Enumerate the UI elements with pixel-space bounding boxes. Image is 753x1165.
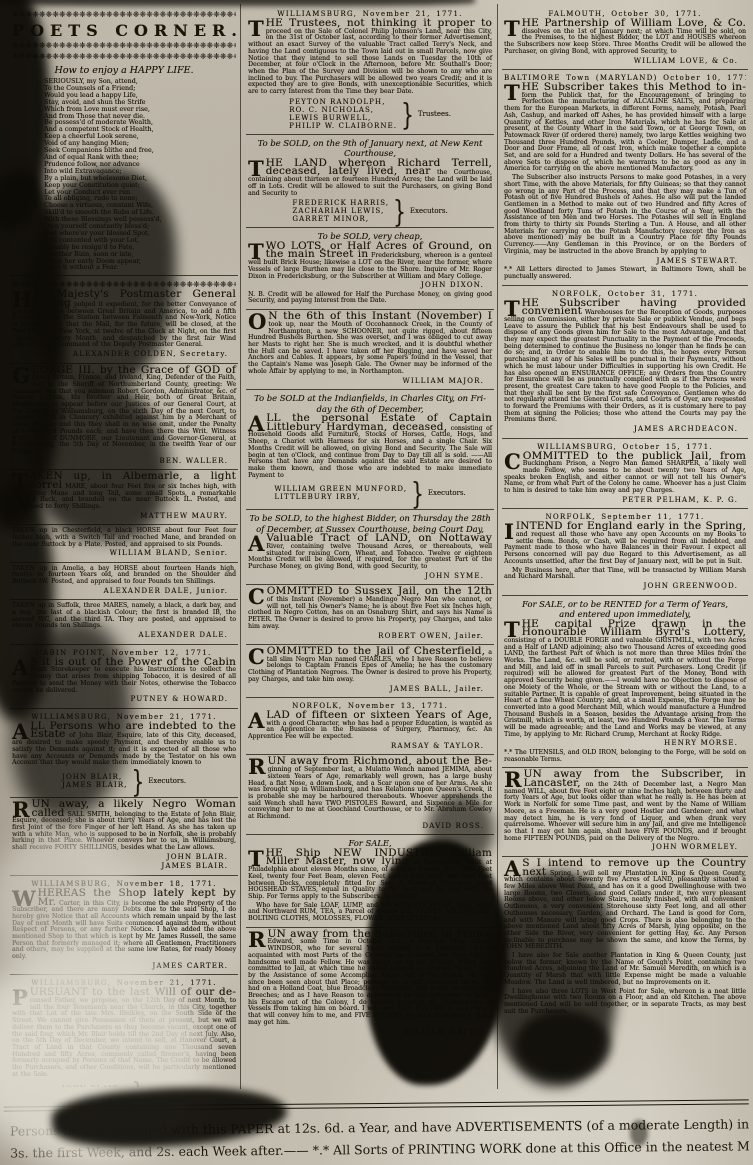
signature: JOHN WORMELEY. xyxy=(504,843,746,852)
column-rule xyxy=(497,4,498,1089)
cabin-point-notice: CABIN POINT, November 12, 1771.AS it is … xyxy=(10,644,238,708)
article-body: HIS Majesty's Postmaster General having … xyxy=(12,291,236,349)
article-body: TWO LOTS, or Half Acres of Ground, on th… xyxy=(248,243,492,281)
article-heading: To be SOLD, on the 9th of January next, … xyxy=(248,139,492,149)
article-body: ALL Persons who are indebted to the Esta… xyxy=(12,723,236,767)
ornament-border: ❈❈❈❈❈❈❈❈❈❈❈❈❈❈❈❈❈❈❈❈❈❈❈❈❈❈❈❈❈❈❈❈❈❈❈❈❈❈ xyxy=(12,280,236,290)
article-body: RUN away from Richmond, about the Be- gi… xyxy=(248,758,492,820)
ship-new-industry-sale: For SALE,THE Ship NEW INDUSTRY, William … xyxy=(246,834,494,927)
ornament-border: ❈❈❈❈❈❈❈❈❈❈❈❈❈❈❈❈❈❈❈❈❈❈❈❈❈❈❈❈❈❈❈❈❈❈❈❈❈❈ xyxy=(12,10,236,20)
taken-up-mares: TAKEN up in Suffolk, three MARES, namely… xyxy=(10,599,238,643)
signature-block: PEYTON RANDOLPH,RO. C. NICHOLAS,LEWIS BU… xyxy=(248,98,492,130)
signer-names: FREDERICK HARRIS,ZACHARIAH LEWIS,GARRET … xyxy=(292,199,389,223)
article-text: ginning of September last, a Mulatto Wen… xyxy=(248,766,492,820)
brace-glyph: } xyxy=(411,475,424,511)
drop-cap: O xyxy=(248,313,268,330)
signature: ALEXANDER COLDEN, Secretary. xyxy=(12,350,236,359)
signature: JOHN BLAIR. xyxy=(12,853,236,862)
signature-block: FREDERICK HARRIS,ZACHARIAH LEWIS,GARRET … xyxy=(248,199,492,223)
article-body: PURSUANT to the last Will of our de- cea… xyxy=(12,989,236,1078)
article-body: ON the 6th of this Instant (November) I … xyxy=(248,313,492,375)
committed-sussex-jail: COMMITTED to Sussex Jail, on the 12th of… xyxy=(246,584,494,644)
section-title: POETS CORNER. xyxy=(12,21,236,40)
column-right: FALMOUTH, October 30, 1771.THE Partnersh… xyxy=(502,6,748,1087)
drop-cap: C xyxy=(248,648,267,665)
new-kent-land-sale: To be SOLD, on the 9th of January next, … xyxy=(246,134,494,228)
drop-cap: R xyxy=(504,771,523,788)
love-partnership: FALMOUTH, October 30, 1771.THE Partnersh… xyxy=(502,6,748,69)
article-body: THE LAND whereon Richard Terrell, deceas… xyxy=(248,160,492,198)
greenwood-england: NORFOLK, September 11, 1771.IINTEND for … xyxy=(502,508,748,594)
signer-names: JOHN BLAIR,JAMES BLAIR, xyxy=(62,1085,127,1087)
runaway-windsor: RUN away from the Subscriber, in Prince … xyxy=(246,927,494,1040)
poets-corner: ❈❈❈❈❈❈❈❈❈❈❈❈❈❈❈❈❈❈❈❈❈❈❈❈❈❈❈❈❈❈❈❈❈❈❈❈❈❈PO… xyxy=(10,6,238,275)
signer-names: WILLIAM GREEN MUNFORD,LITTLEBURY IRBY, xyxy=(274,485,407,501)
article-text: ceased Father, we propose, on the 12th D… xyxy=(12,997,236,1078)
article-note: *.* The UTENSILS, and OLD IRON, belongin… xyxy=(504,750,746,763)
committed-publick-jail: WILLIAMSBURG, October 15, 1771.COMMITTED… xyxy=(502,438,748,509)
george-iii-writ: GEORGE III. by the Grace of GOD of Great… xyxy=(10,363,238,470)
newspaper-page: ❈❈❈❈❈❈❈❈❈❈❈❈❈❈❈❈❈❈❈❈❈❈❈❈❈❈❈❈❈❈❈❈❈❈❈❈❈❈PO… xyxy=(0,0,753,1165)
signer-role: Executors. xyxy=(428,489,466,497)
signature: JAMES ARCHDEACON. xyxy=(504,425,746,434)
article-extra: I have also three LOTS in West Point for… xyxy=(504,989,746,1016)
article-note: *.* All Letters directed to James Stewar… xyxy=(504,267,746,280)
drop-cap: T xyxy=(248,243,266,260)
signature: MATTHEW MAURY. xyxy=(12,512,236,521)
drop-cap: R xyxy=(248,758,267,775)
signature: DAVID ROSS. xyxy=(248,822,492,831)
signer-name: FREDERICK HARRIS, xyxy=(292,199,389,207)
drop-cap: C xyxy=(504,453,523,470)
ornament-border: ❈❈❈❈❈❈❈❈❈❈❈❈❈❈❈❈❈❈❈❈❈❈❈❈❈❈❈❈❈❈❈❈❈❈❈❈❈❈ xyxy=(12,41,236,51)
article-body: THE Subscriber takes this Method to in- … xyxy=(504,84,746,173)
drop-cap: T xyxy=(248,20,266,37)
apprentice-wanted: NORFOLK, November 13, 1771.ALAD of fifte… xyxy=(246,697,494,754)
article-body: COMMITTED to Sussex Jail, on the 12th of… xyxy=(248,588,492,630)
signer-name: WILLIAM GREEN MUNFORD, xyxy=(274,485,407,493)
byrd-lottery-forge: For SALE, or to be RENTED for a Term of … xyxy=(502,595,748,768)
article-extra: Who have for Sale LOAF, LUMP, and MUSCOV… xyxy=(248,903,492,923)
article-body: AS I intend to remove up the Country nex… xyxy=(504,860,746,951)
article-text: consisting of Household Goods and Furnit… xyxy=(248,425,492,479)
taken-up-horse-bay: TAKEN up in Amelia, a bay HORSE about fo… xyxy=(10,562,238,600)
signer-name: PHILIP W. CLAIBORNE. xyxy=(289,122,397,130)
signature: WILLIAM WATTS. xyxy=(248,1028,492,1037)
column-left: ❈❈❈❈❈❈❈❈❈❈❈❈❈❈❈❈❈❈❈❈❈❈❈❈❈❈❈❈❈❈❈❈❈❈❈❈❈❈PO… xyxy=(10,6,238,1087)
drop-cap: G xyxy=(12,367,32,384)
article-text: River, containing twelve Thousand Acres,… xyxy=(248,543,492,570)
runaway-jemima: RUN away from Richmond, about the Be- gi… xyxy=(246,754,494,834)
page-footer: Persons may be supplied with this PAPER … xyxy=(4,1099,750,1164)
signature: JOHN DIXON. xyxy=(248,281,492,290)
article-body: RUN away, a likely Negro Woman called SA… xyxy=(12,801,236,852)
nottaway-land-sale: To be SOLD, to the highest Bidder, on Th… xyxy=(246,509,494,584)
signature: WILLIAM MAJOR. xyxy=(248,377,492,386)
article-body: TAKEN up, in Albemarle, a light sorrel M… xyxy=(12,473,236,511)
drop-cap: P xyxy=(12,989,30,1006)
article-heading: To be SOLD at the Indianfields, in Charl… xyxy=(248,394,492,404)
drop-cap: A xyxy=(12,723,30,740)
article-body: THE capital Prize drawn in the Honourabl… xyxy=(504,621,746,739)
article-text: consisting of a DOUBLE FORGE and valuabl… xyxy=(504,637,746,738)
article-body: ALAD of fifteen or sixteen Years of Age,… xyxy=(248,712,492,741)
article-text: Great Britain, France, and Ireland, King… xyxy=(12,374,236,455)
article-body: TAKEN up in Chesterfield, a black HORSE … xyxy=(12,528,236,548)
committed-chesterfield-jail: COMMITTED to the Jail of Chesterfield, a… xyxy=(246,644,494,697)
signature: PUTNEY & HOWARD. xyxy=(12,695,236,704)
signature: PETER PELHAM, K. P. G. xyxy=(504,496,746,505)
article-text: at Portsmouth, built at Philadelphia abo… xyxy=(248,859,492,900)
schooner-taken-up: ON the 6th of this Instant (November) I … xyxy=(246,309,494,389)
signer-role: Executors. xyxy=(410,207,448,215)
article-body: TAKEN up in Suffolk, three MARES, namely… xyxy=(12,603,236,630)
signature: WILLIAM LOVE, & Co. xyxy=(504,57,746,66)
signature-block: JOHN BLAIR,JAMES BLAIR,}Executors. xyxy=(12,1081,236,1087)
drop-cap: T xyxy=(504,20,522,37)
article-body: COMMITTED to the publick Jail, from Buck… xyxy=(504,453,746,495)
drop-cap: I xyxy=(504,523,516,540)
drop-cap: A xyxy=(248,535,266,552)
drop-cap: A xyxy=(248,415,266,432)
drop-cap: T xyxy=(504,621,522,638)
taken-up-horse-black: TAKEN up in Chesterfield, a black HORSE … xyxy=(10,524,238,562)
runaway-sall: RUN away, a likely Negro Woman called SA… xyxy=(10,797,238,875)
brace-glyph: } xyxy=(393,193,406,229)
drop-cap: T xyxy=(248,850,266,867)
signature: BEN. WALLER. xyxy=(12,457,236,466)
signature: ALEXANDER DALE, Junior. xyxy=(12,587,236,596)
alcaline-salts: BALTIMORE Town (MARYLAND) October 10, 17… xyxy=(502,69,748,284)
article-text: Buckingham Prison, a Negro Man named SHA… xyxy=(504,460,746,494)
trustees-sale: WILLIAMSBURG, November 21, 1771.THE Trus… xyxy=(246,6,494,134)
article-text: form the Publick that, for the Encourage… xyxy=(504,92,746,173)
signer-name: LITTLEBURY IRBY, xyxy=(274,493,407,501)
article-text: Carter, in this City, is become the sole… xyxy=(12,900,236,961)
brace-glyph: } xyxy=(131,1075,144,1087)
article-body: WHEREAS the Shop lately kept by Mr. Cart… xyxy=(12,890,236,961)
signature: HENRY MORSE. xyxy=(504,739,746,748)
article-body: GEORGE III. by the Grace of GOD of Great… xyxy=(12,367,236,456)
footer-divider xyxy=(4,1099,749,1111)
column-rule xyxy=(240,4,241,1089)
taken-up-albemarle: TAKEN up, in Albemarle, a light sorrel M… xyxy=(10,469,238,524)
signature: ROBERT OWEN, Jailer. xyxy=(248,632,492,641)
article-extra: My Business here, after that Time, will … xyxy=(504,568,746,581)
signature: JAMES STEWART. xyxy=(504,257,746,266)
signer-name: JAMES BLAIR, xyxy=(62,781,127,789)
article-text: judged it expedient, for the better Conv… xyxy=(12,301,236,348)
runaway-will: RUN away from the Subscriber, in Lancast… xyxy=(502,767,748,856)
norfolk-warehouses: NORFOLK, October 31, 1771.THE Subscriber… xyxy=(502,285,748,438)
article-text: dissolves on the 1st of January next; at… xyxy=(504,28,746,55)
signature: JAMES CARTER. xyxy=(12,962,236,971)
poem-line: Meet it without a Fear. xyxy=(44,264,236,271)
drop-cap: W xyxy=(12,890,38,907)
drop-cap: A xyxy=(504,860,522,877)
article-text: and request all those who have any open … xyxy=(504,531,746,565)
article-body: AValuable Tract of LAND, on Nottaway Riv… xyxy=(248,535,492,571)
article-heading: To be SOLD, to the highest Bidder, on Th… xyxy=(248,514,492,524)
signer-name: JOHN BLAIR, xyxy=(62,773,127,781)
article-text: SALL SMITH, belonging to the Estate of J… xyxy=(12,811,236,852)
signer-names: JOHN BLAIR,JAMES BLAIR, xyxy=(62,773,127,789)
drop-cap: A xyxy=(248,712,266,729)
signer-name: RO. C. NICHOLAS, xyxy=(289,106,397,114)
drop-cap: H xyxy=(12,291,34,308)
signature: ALEXANDER DALE. xyxy=(12,631,236,640)
signature-block: JOHN BLAIR,JAMES BLAIR,}Executors. xyxy=(12,769,236,793)
signature: JAMES BALL, Jailer. xyxy=(248,685,492,694)
article-text: Spring, I will sell my Plantation in Kin… xyxy=(504,870,746,951)
article-body: RUN away from the Subscriber, in Prince … xyxy=(248,931,492,1027)
article-heading: For SALE, or to be RENTED for a Term of … xyxy=(504,600,746,610)
article-text: TAKEN up in Amelia, a bay HORSE about fo… xyxy=(12,565,236,585)
article-text: Point Storekeeper to execute his Instruc… xyxy=(12,666,236,693)
article-body: COMMITTED to the Jail of Chesterfield, a… xyxy=(248,648,492,684)
signer-name: GARRET MINOR, xyxy=(292,215,389,223)
signature: WILLIAM BLAND, Senior. xyxy=(12,549,236,558)
article-body: ALL the personal Estate of Captain Littl… xyxy=(248,415,492,479)
article-body: IINTEND for England early in the Spring,… xyxy=(504,523,746,565)
drop-cap: T xyxy=(12,473,30,490)
article-body: THE Ship NEW INDUSTRY, William Miller Ma… xyxy=(248,850,492,901)
signer-name: LEWIS BURWELL, xyxy=(289,114,397,122)
poem: SERIOUSLY, my Son, attend,To the Counsel… xyxy=(12,78,236,271)
signer-role: Trustees. xyxy=(418,110,451,118)
signature: JOHN SYME. xyxy=(248,572,492,581)
postmaster-notice: ❈❈❈❈❈❈❈❈❈❈❈❈❈❈❈❈❈❈❈❈❈❈❈❈❈❈❈❈❈❈❈❈❈❈❈❈❈❈HI… xyxy=(10,275,238,362)
article-text: with a good Character, who has had a pro… xyxy=(248,720,492,740)
article-body: TAKEN up in Amelia, a bay HORSE about fo… xyxy=(12,566,236,586)
drop-cap: R xyxy=(12,801,31,818)
carter-shop-notice: WILLIAMSBURG, November 18, 1771.WHEREAS … xyxy=(10,875,238,975)
article-text: TAKEN up in Chesterfield, a black HORSE … xyxy=(12,527,236,547)
signature: JAMES BLAIR. xyxy=(12,862,236,871)
column-middle: WILLIAMSBURG, November 21, 1771.THE Trus… xyxy=(246,6,494,1087)
drop-cap: T xyxy=(504,300,522,317)
article-body: RUN away from the Subscriber, in Lancast… xyxy=(504,771,746,842)
article-body: THE Partnership of William Love, & Co. d… xyxy=(504,20,746,56)
article-text: of this Instant (November) a Mandingo Ne… xyxy=(248,596,492,630)
signer-role: Executors. xyxy=(148,777,186,785)
signer-name: PEYTON RANDOLPH, xyxy=(289,98,397,106)
article-body: THE Subscriber having provided convenien… xyxy=(504,300,746,425)
blair-estate-debts: WILLIAMSBURG, November 21, 1771.ALL Pers… xyxy=(10,708,238,797)
drop-cap: R xyxy=(248,931,267,948)
article-text: on the 24th of December last, a Negro Ma… xyxy=(504,781,746,842)
drop-cap: T xyxy=(248,160,266,177)
signer-names: PEYTON RANDOLPH,RO. C. NICHOLAS,LEWIS BU… xyxy=(289,98,397,130)
blair-will-sale: WILLIAMSBURG, November 21, 1771.PURSUANT… xyxy=(10,974,238,1087)
article-extra: The Subscriber also instructs Persons to… xyxy=(504,175,746,255)
article-text: took up, near the Mouth of Occohannock C… xyxy=(248,321,492,375)
signature: JOHN GREENWOOD. xyxy=(504,582,746,591)
signature: RAMSAY & TAYLOR. xyxy=(248,742,492,751)
signer-name: ZACHARIAH LEWIS, xyxy=(292,207,389,215)
article-text: Edward, some Time in October last, a Ser… xyxy=(248,938,492,1025)
ornament-border: ❈❈❈❈❈❈❈❈❈❈❈❈❈❈❈❈❈❈❈❈❈❈❈❈❈❈❈❈❈❈❈❈❈❈❈❈❈❈ xyxy=(12,52,236,62)
brace-glyph: } xyxy=(401,96,414,132)
meredith-plantation: AS I intend to remove up the Country nex… xyxy=(502,856,748,1019)
article-body: THE Trustees, not thinking it proper to … xyxy=(248,20,492,96)
article-text: Warehouses for the Reception of Goods, p… xyxy=(504,309,746,423)
article-lead: HE capital Prize drawn in the Honourable… xyxy=(522,618,746,639)
fredericksburg-lots: To be SOLD, very cheap,TWO LOTS, or Half… xyxy=(246,227,494,309)
article-note: N. B. Credit will be allowed for Half th… xyxy=(248,292,492,305)
brace-glyph: } xyxy=(131,763,144,799)
signer-name: JOHN BLAIR, xyxy=(62,1085,127,1087)
drop-cap: A xyxy=(12,659,30,676)
hardyman-estate-sale: To be SOLD at the Indianfields, in Charl… xyxy=(246,389,494,509)
signature-block: WILLIAM GREEN MUNFORD,LITTLEBURY IRBY,}E… xyxy=(248,481,492,505)
poem-title: How to enjoy a HAPPY LIFE. xyxy=(12,65,236,76)
article-body: AS it is out of the Power of the Cabin P… xyxy=(12,659,236,695)
drop-cap: T xyxy=(504,84,522,101)
drop-cap: C xyxy=(248,588,267,605)
article-text: TAKEN up in Suffolk, three MARES, namely… xyxy=(12,602,236,629)
article-text: proceed on the Sale of Colonel Philip Jo… xyxy=(248,28,492,95)
article-extra: I have also for Sale another Plantation … xyxy=(504,953,746,987)
